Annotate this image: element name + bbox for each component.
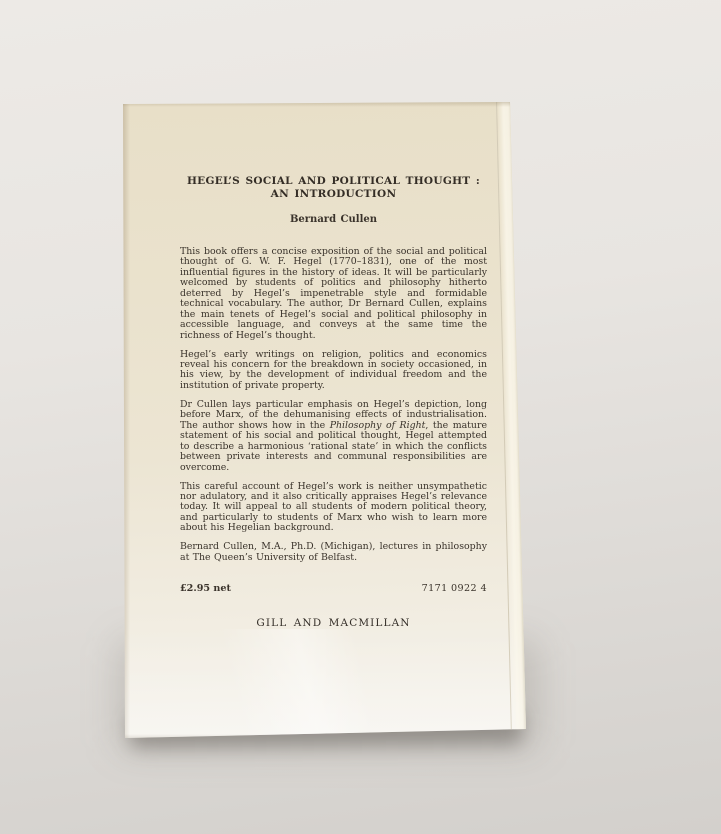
- blurb-paragraph-1: This book offers a concise exposition of…: [180, 247, 487, 341]
- book-title-line1: HEGEL’S SOCIAL AND POLITICAL THOUGHT :: [180, 175, 487, 188]
- cover-top-edge: [123, 101, 526, 107]
- price-row: £2.95 net 7171 0922 4: [180, 583, 487, 594]
- blurb-paragraph-2: Hegel’s early writings on religion, poli…: [180, 350, 487, 392]
- isbn-code: 7171 0922 4: [422, 583, 487, 594]
- blurb-paragraph-3: Dr Cullen lays particular emphasis on He…: [180, 400, 487, 473]
- book-title-line2: AN INTRODUCTION: [180, 188, 487, 201]
- cover-content: HEGEL’S SOCIAL AND POLITICAL THOUGHT : A…: [180, 175, 487, 572]
- blurb-paragraph-4: This careful account of Hegel’s work is …: [180, 482, 487, 534]
- blurb-paragraph-5: Bernard Cullen, M.A., Ph.D. (Michigan), …: [180, 542, 487, 563]
- book-title: HEGEL’S SOCIAL AND POLITICAL THOUGHT : A…: [180, 175, 487, 201]
- blurb: This book offers a concise exposition of…: [180, 247, 487, 563]
- publisher: GILL AND MACMILLAN: [180, 617, 487, 629]
- price: £2.95 net: [180, 583, 231, 594]
- book-author: Bernard Cullen: [180, 214, 487, 225]
- page-edge: [496, 101, 527, 739]
- book-back-cover: HEGEL’S SOCIAL AND POLITICAL THOUGHT : A…: [123, 101, 526, 739]
- photo-backdrop: HEGEL’S SOCIAL AND POLITICAL THOUGHT : A…: [0, 0, 721, 834]
- blurb-paragraph-3-italic-title: Philosophy of Right: [330, 420, 426, 431]
- crease-highlight: [123, 629, 526, 739]
